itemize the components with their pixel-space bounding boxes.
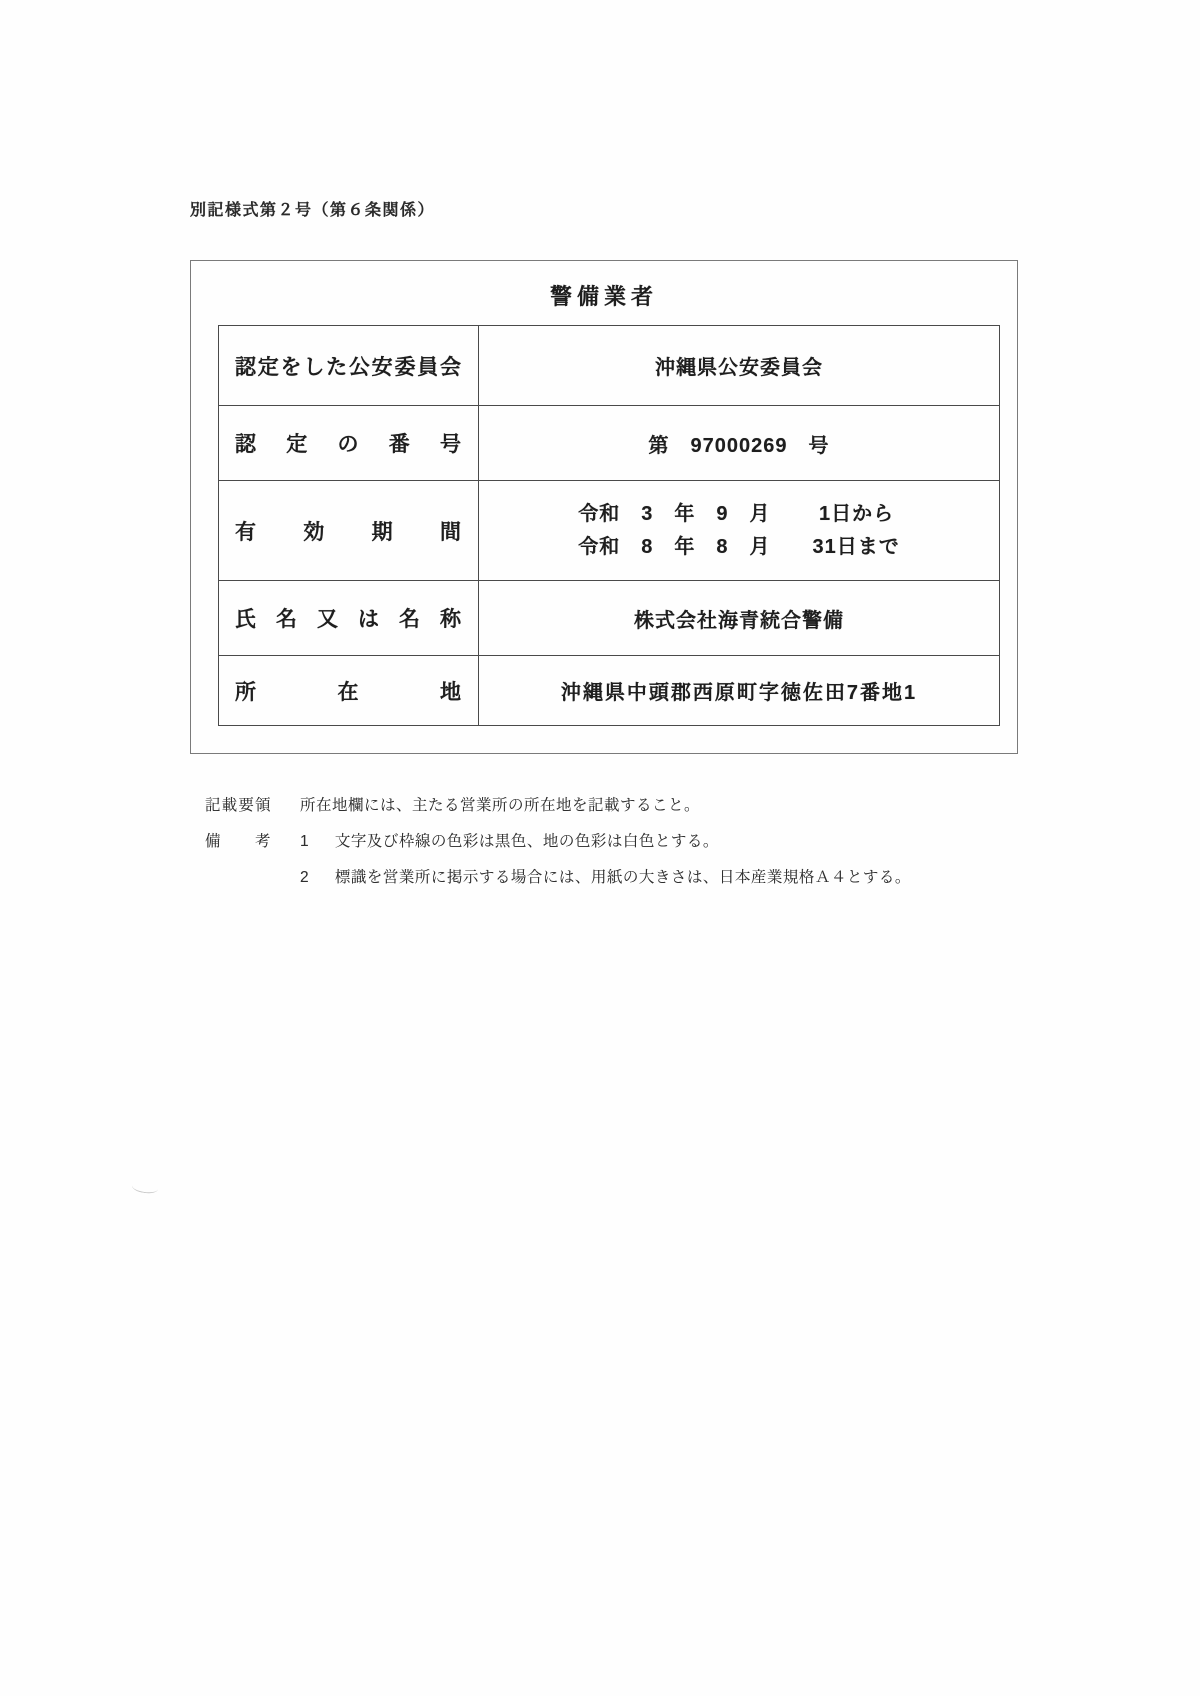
table-row-name: 氏名又は名称 株式会社海青統合警備 xyxy=(219,581,1000,656)
certification-number-value: 第 97000269 号 xyxy=(479,406,1000,481)
remark-line-1: 備考 1 文字及び枠線の色彩は黒色、地の色彩は白色とする。 xyxy=(205,831,1045,853)
form-number-label: 別記様式第２号（第６条関係） xyxy=(190,197,435,220)
remark-1-number: 1 xyxy=(300,831,330,853)
certification-number-label: 認定の番号 xyxy=(219,406,479,481)
address-value: 沖縄県中頭郡西原町字徳佐田7番地1 xyxy=(479,656,1000,726)
validity-period-label: 有効期間 xyxy=(219,481,479,581)
instruction-label: 記載要領 xyxy=(205,795,271,817)
certifying-commission-label: 認定をした公安委員会 xyxy=(219,326,479,406)
validity-period-start: 令和 3 年 9 月 1日から xyxy=(578,498,900,531)
address-label: 所在地 xyxy=(219,656,479,726)
remark-line-2: 2 標識を営業所に掲示する場合には、用紙の大きさは、日本産業規格Ａ４とする。 xyxy=(205,867,1045,889)
table-row-validity-period: 有効期間 令和 3 年 9 月 1日から 令和 8 年 8 月 31日まで xyxy=(219,481,1000,581)
certification-table: 認定をした公安委員会 沖縄県公安委員会 認定の番号 第 97000269 号 有… xyxy=(218,325,1000,726)
certifying-commission-value: 沖縄県公安委員会 xyxy=(479,326,1000,406)
remark-2-number: 2 xyxy=(300,867,330,889)
sign-title: 警備業者 xyxy=(191,280,1017,311)
table-row-address: 所在地 沖縄県中頭郡西原町字徳佐田7番地1 xyxy=(219,656,1000,726)
table-row-certifying-commission: 認定をした公安委員会 沖縄県公安委員会 xyxy=(219,326,1000,406)
instruction-text: 所在地欄には、主たる営業所の所在地を記載すること。 xyxy=(300,797,700,814)
validity-period-value: 令和 3 年 9 月 1日から 令和 8 年 8 月 31日まで xyxy=(479,481,1000,581)
validity-period-lines: 令和 3 年 9 月 1日から 令和 8 年 8 月 31日まで xyxy=(578,498,900,564)
scan-artifact xyxy=(131,1180,158,1195)
remark-1-text: 文字及び枠線の色彩は黒色、地の色彩は白色とする。 xyxy=(335,833,719,850)
footnotes-section: 記載要領 所在地欄には、主たる営業所の所在地を記載すること。 備考 1 文字及び… xyxy=(205,795,1045,903)
instruction-line: 記載要領 所在地欄には、主たる営業所の所在地を記載すること。 xyxy=(205,795,1045,817)
security-business-sign-board: 警備業者 認定をした公安委員会 沖縄県公安委員会 認定の番号 第 9700026… xyxy=(190,260,1018,754)
validity-period-end: 令和 8 年 8 月 31日まで xyxy=(578,531,900,564)
table-row-certification-number: 認定の番号 第 97000269 号 xyxy=(219,406,1000,481)
name-label: 氏名又は名称 xyxy=(219,581,479,656)
remark-2-text: 標識を営業所に掲示する場合には、用紙の大きさは、日本産業規格Ａ４とする。 xyxy=(335,869,911,886)
remarks-label: 備考 xyxy=(205,831,271,853)
name-value: 株式会社海青統合警備 xyxy=(479,581,1000,656)
scanned-document-page: 別記様式第２号（第６条関係） 警備業者 認定をした公安委員会 沖縄県公安委員会 … xyxy=(0,0,1200,1696)
